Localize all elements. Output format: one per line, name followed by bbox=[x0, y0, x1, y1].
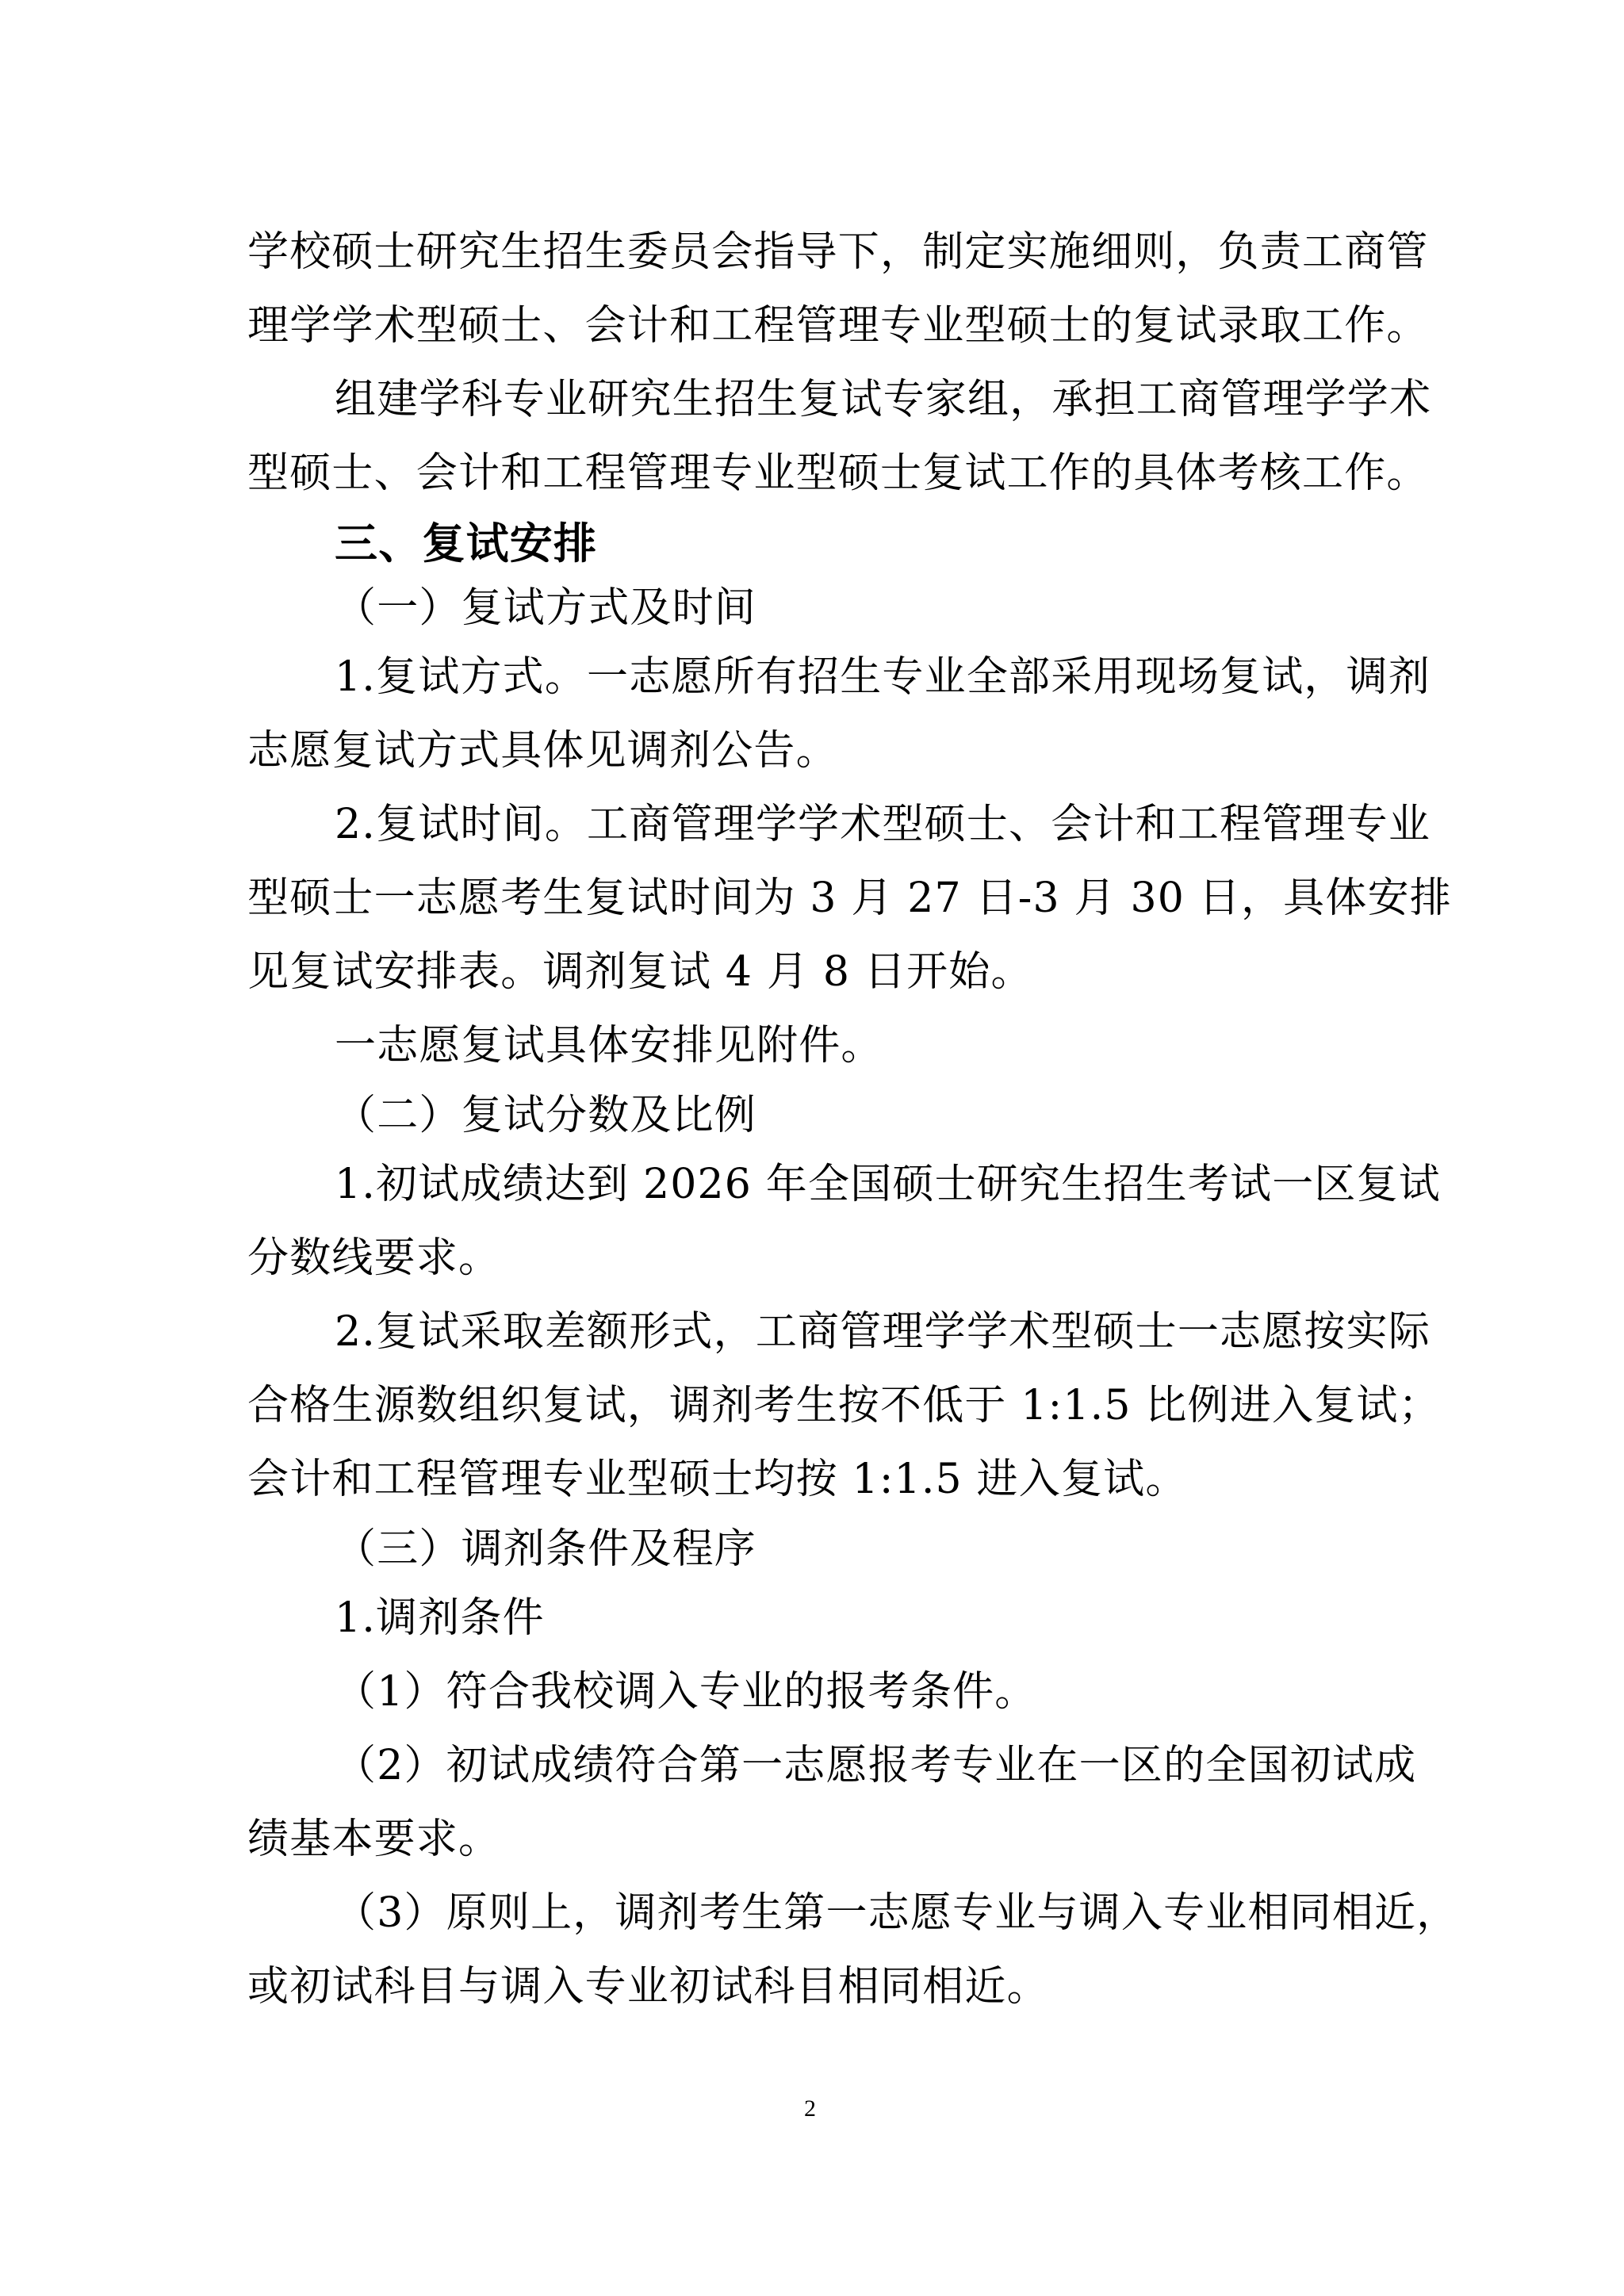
section-heading: 三、复试安排 bbox=[247, 511, 1386, 576]
paragraph-line: 2.复试采取差额形式，工商管理学学术型硕士一志愿按实际 bbox=[247, 1295, 1386, 1369]
paragraph-line: 1.调剂条件 bbox=[247, 1582, 1386, 1655]
paragraph-line: 会计和工程管理专业型硕士均按 1:1.5 进入复试。 bbox=[247, 1443, 1386, 1517]
paragraph-line: 1.复试方式。一志愿所有招生专业全部采用现场复试，调剂 bbox=[247, 641, 1386, 714]
paragraph-line: 一志愿复试具体安排见附件。 bbox=[247, 1009, 1386, 1083]
document-body: 学校硕士研究生招生委员会指导下，制定实施细则，负责工商管 理学学术型硕士、会计和… bbox=[247, 216, 1386, 2024]
paragraph-line: （1）符合我校调入专业的报考条件。 bbox=[247, 1655, 1386, 1729]
subsection-heading: （一）复试方式及时间 bbox=[247, 576, 1386, 641]
page-number: 2 bbox=[804, 2093, 816, 2125]
paragraph-line: 学校硕士研究生招生委员会指导下，制定实施细则，负责工商管 bbox=[247, 216, 1386, 289]
paragraph-line: 绩基本要求。 bbox=[247, 1803, 1386, 1877]
paragraph-line: 组建学科专业研究生招生复试专家组，承担工商管理学学术 bbox=[247, 363, 1386, 437]
document-page: 学校硕士研究生招生委员会指导下，制定实施细则，负责工商管 理学学术型硕士、会计和… bbox=[0, 0, 1624, 2296]
paragraph-line: 1.初试成绩达到 2026 年全国硕士研究生招生考试一区复试 bbox=[247, 1148, 1386, 1222]
paragraph-line: 见复试安排表。调剂复试 4 月 8 日开始。 bbox=[247, 936, 1386, 1009]
paragraph-line: 型硕士、会计和工程管理专业型硕士复试工作的具体考核工作。 bbox=[247, 437, 1386, 511]
paragraph-line: 志愿复试方式具体见调剂公告。 bbox=[247, 714, 1386, 788]
paragraph-line: 合格生源数组织复试，调剂考生按不低于 1:1.5 比例进入复试； bbox=[247, 1369, 1386, 1443]
paragraph-line: 2.复试时间。工商管理学学术型硕士、会计和工程管理专业 bbox=[247, 788, 1386, 862]
paragraph-line: （3）原则上，调剂考生第一志愿专业与调入专业相同相近， bbox=[247, 1877, 1386, 1950]
subsection-heading: （三）调剂条件及程序 bbox=[247, 1517, 1386, 1582]
paragraph-line: （2）初试成绩符合第一志愿报考专业在一区的全国初试成 bbox=[247, 1729, 1386, 1803]
subsection-heading: （二）复试分数及比例 bbox=[247, 1083, 1386, 1148]
paragraph-line: 或初试科目与调入专业初试科目相同相近。 bbox=[247, 1950, 1386, 2024]
paragraph-line: 分数线要求。 bbox=[247, 1222, 1386, 1295]
paragraph-line: 型硕士一志愿考生复试时间为 3 月 27 日-3 月 30 日，具体安排 bbox=[247, 862, 1386, 936]
paragraph-line: 理学学术型硕士、会计和工程管理专业型硕士的复试录取工作。 bbox=[247, 289, 1386, 363]
